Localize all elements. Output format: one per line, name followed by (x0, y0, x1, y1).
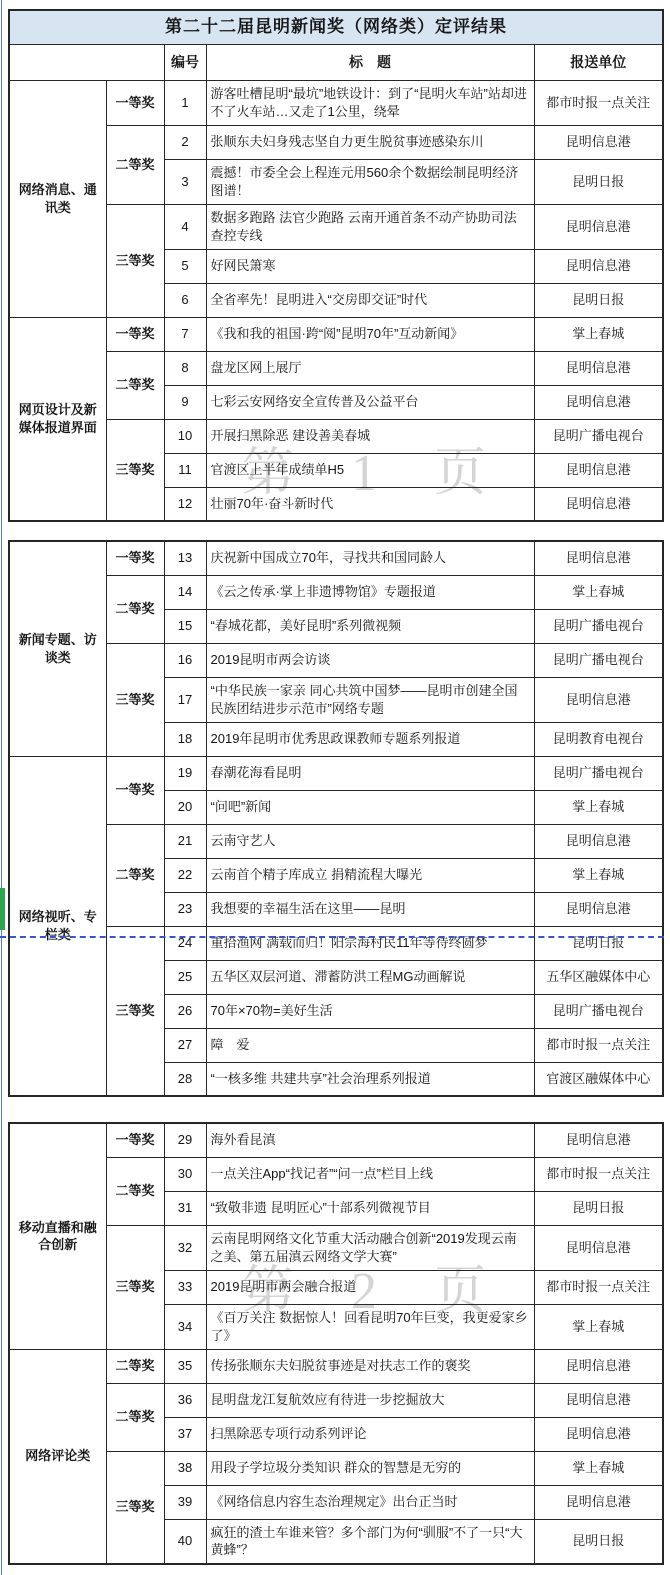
header-blank-cell (9, 44, 164, 80)
document-page: 第 1 页 第 2 页 第二十二届昆明新闻奖（网络类）定评结果编号标 题报送单位… (0, 0, 670, 1575)
award-level-cell: 二等奖 (106, 1383, 164, 1451)
entry-number: 3 (164, 159, 206, 204)
award-level-cell: 三等奖 (106, 926, 164, 1096)
table-row: 二等奖2张顺东夫妇身残志坚自力更生脱贫事迹感染东川昆明信息港 (9, 125, 663, 159)
entry-unit: 昆明广播电视台 (534, 643, 663, 677)
entry-number: 38 (164, 1451, 206, 1485)
entry-unit: 官渡区融媒体中心 (534, 1062, 663, 1096)
entry-number: 32 (164, 1225, 206, 1270)
table-block-2: 新闻专题、访谈类一等奖13庆祝新中国成立70年，寻找共和国同龄人昆明信息港二等奖… (8, 540, 662, 1097)
entry-title: 盘龙区网上展厅 (206, 351, 534, 385)
award-level-cell: 三等奖 (106, 1225, 164, 1349)
entry-title: 壮丽70年·奋斗新时代 (206, 487, 534, 521)
table-row: 二等奖21云南守艺人昆明信息港 (9, 824, 663, 858)
entry-number: 14 (164, 575, 206, 609)
entry-title: 一点关注App“找记者”“问一点”栏目上线 (206, 1157, 534, 1191)
entry-unit: 昆明信息港 (534, 677, 663, 722)
entry-title: 《云之传承·掌上非遗博物馆》专题报道 (206, 575, 534, 609)
results-table-b: 新闻专题、访谈类一等奖13庆祝新中国成立70年，寻找共和国同龄人昆明信息港二等奖… (8, 540, 664, 1097)
table-row: 网络消息、通讯类一等奖1游客吐槽昆明“最坑”地铁设计：到了“昆明火车站”站却进不… (9, 80, 663, 125)
entry-title: 好网民箫寒 (206, 249, 534, 283)
entry-unit: 昆明信息港 (534, 892, 663, 926)
award-level-cell: 二等奖 (106, 824, 164, 926)
award-level-cell: 二等奖 (106, 1157, 164, 1225)
page-break-dashed-line (0, 936, 664, 938)
award-level-cell: 三等奖 (106, 204, 164, 317)
entry-title: 五华区双层河道、滞蓄防洪工程MG动画解说 (206, 960, 534, 994)
entry-title: 障 爱 (206, 1028, 534, 1062)
entry-title: 用段子学垃圾分类知识 群众的智慧是无穷的 (206, 1451, 534, 1485)
entry-title: 传扬张顺东夫妇脱贫事迹是对扶志工作的褒奖 (206, 1349, 534, 1383)
entry-unit: 昆明信息港 (534, 125, 663, 159)
entry-number: 18 (164, 722, 206, 756)
entry-unit: 五华区融媒体中心 (534, 960, 663, 994)
entry-unit: 掌上春城 (534, 858, 663, 892)
entry-number: 17 (164, 677, 206, 722)
entry-unit: 昆明信息港 (534, 824, 663, 858)
entry-number: 19 (164, 756, 206, 790)
entry-title: 云南昆明网络文化节重大活动融合创新“2019发现云南之美、第五届滇云网络文学大赛… (206, 1225, 534, 1270)
entry-unit: 昆明信息港 (534, 385, 663, 419)
entry-number: 13 (164, 541, 206, 575)
table-row: 网页设计及新媒体报道界面一等奖7《我和我的祖国·跨“阅”昆明70年”互动新闻》掌… (9, 317, 663, 351)
entry-number: 4 (164, 204, 206, 249)
entry-number: 21 (164, 824, 206, 858)
entry-title: 庆祝新中国成立70年，寻找共和国同龄人 (206, 541, 534, 575)
entry-unit: 昆明广播电视台 (534, 756, 663, 790)
entry-unit: 昆明广播电视台 (534, 994, 663, 1028)
entry-title: “致敬非遗 昆明匠心”十部系列微视节目 (206, 1191, 534, 1225)
category-cell: 网络视听、专栏类 (9, 756, 106, 1096)
table-row: 二等奖36昆明盘龙江复航效应有待进一步挖掘放大昆明信息港 (9, 1383, 663, 1417)
entry-number: 2 (164, 125, 206, 159)
entry-title: 《百万关注 数据惊人！回看昆明70年巨变，我更爱家乡了》 (206, 1304, 534, 1349)
entry-title: 2019昆明市两会融合报道 (206, 1270, 534, 1304)
award-level-cell: 二等奖 (106, 125, 164, 204)
entry-number: 26 (164, 994, 206, 1028)
entry-unit: 昆明日报 (534, 926, 663, 960)
entry-number: 15 (164, 609, 206, 643)
entry-number: 9 (164, 385, 206, 419)
entry-title: 云南首个精子库成立 捐精流程大曝光 (206, 858, 534, 892)
entry-title: 2019昆明市两会访谈 (206, 643, 534, 677)
entry-title: “春城花都，美好昆明”系列微视频 (206, 609, 534, 643)
col-header-unit: 报送单位 (534, 44, 663, 80)
entry-number: 7 (164, 317, 206, 351)
entry-unit: 昆明日报 (534, 1519, 663, 1564)
entry-unit: 都市时报一点关注 (534, 1157, 663, 1191)
award-level-cell: 二等奖 (106, 575, 164, 643)
entry-title: 震撼！市委全会上程连元用560余个数据绘制昆明经济图谱！ (206, 159, 534, 204)
entry-unit: 掌上春城 (534, 575, 663, 609)
entry-unit: 都市时报一点关注 (534, 80, 663, 125)
col-header-title: 标 题 (206, 44, 534, 80)
entry-number: 37 (164, 1417, 206, 1451)
entry-title: “问吧”新闻 (206, 790, 534, 824)
category-cell: 网页设计及新媒体报道界面 (9, 317, 106, 521)
entry-title: 春潮花海看昆明 (206, 756, 534, 790)
entry-title: “中华民族一家亲 同心共筑中国梦——昆明市创建全国民族团结进步示范市”网络专题 (206, 677, 534, 722)
entry-unit: 昆明教育电视台 (534, 722, 663, 756)
entry-number: 10 (164, 419, 206, 453)
entry-number: 39 (164, 1485, 206, 1519)
entry-number: 34 (164, 1304, 206, 1349)
entry-number: 29 (164, 1123, 206, 1157)
results-table-c: 移动直播和融合创新一等奖29海外看昆滇昆明信息港二等奖30一点关注App“找记者… (8, 1122, 664, 1565)
entry-title: 数据多跑路 法官少跑路 云南开通首条不动产协助司法查控专线 (206, 204, 534, 249)
entry-title: 《网络信息内容生态治理规定》出台正当时 (206, 1485, 534, 1519)
table-block-3: 移动直播和融合创新一等奖29海外看昆滇昆明信息港二等奖30一点关注App“找记者… (8, 1122, 662, 1565)
table-row: 移动直播和融合创新一等奖29海外看昆滇昆明信息港 (9, 1123, 663, 1157)
entry-title: 疯狂的渣土车谁来管？多个部门为何“驯服”不了一只“大黄蜂”？ (206, 1519, 534, 1564)
entry-number: 1 (164, 80, 206, 125)
award-level-cell: 一等奖 (106, 80, 164, 125)
entry-unit: 昆明日报 (534, 1191, 663, 1225)
selection-marker (0, 888, 5, 930)
category-cell: 网络消息、通讯类 (9, 80, 106, 317)
entry-number: 23 (164, 892, 206, 926)
entry-unit: 昆明信息港 (534, 204, 663, 249)
table-row: 三等奖10开展扫黑除恶 建设善美春城昆明广播电视台 (9, 419, 663, 453)
award-level-cell: 二等奖 (106, 1349, 164, 1383)
entry-number: 25 (164, 960, 206, 994)
entry-number: 28 (164, 1062, 206, 1096)
entry-number: 11 (164, 453, 206, 487)
entry-unit: 掌上春城 (534, 1304, 663, 1349)
category-cell: 网络评论类 (9, 1349, 106, 1564)
entry-number: 22 (164, 858, 206, 892)
entry-unit: 昆明日报 (534, 283, 663, 317)
table-row: 新闻专题、访谈类一等奖13庆祝新中国成立70年，寻找共和国同龄人昆明信息港 (9, 541, 663, 575)
table-block-1: 第二十二届昆明新闻奖（网络类）定评结果编号标 题报送单位网络消息、通讯类一等奖1… (8, 9, 662, 522)
entry-number: 35 (164, 1349, 206, 1383)
entry-unit: 昆明信息港 (534, 1123, 663, 1157)
entry-number: 20 (164, 790, 206, 824)
entry-title: 七彩云安网络安全宣传普及公益平台 (206, 385, 534, 419)
table-row: 二等奖30一点关注App“找记者”“问一点”栏目上线都市时报一点关注 (9, 1157, 663, 1191)
table-row: 三等奖38用段子学垃圾分类知识 群众的智慧是无穷的掌上春城 (9, 1451, 663, 1485)
entry-unit: 昆明信息港 (534, 1485, 663, 1519)
entry-unit: 掌上春城 (534, 1451, 663, 1485)
entry-unit: 昆明信息港 (534, 453, 663, 487)
entry-title: 我想要的幸福生活在这里——昆明 (206, 892, 534, 926)
entry-unit: 昆明广播电视台 (534, 609, 663, 643)
entry-title: 开展扫黑除恶 建设善美春城 (206, 419, 534, 453)
entry-number: 27 (164, 1028, 206, 1062)
entry-title: 扫黑除恶专项行动系列评论 (206, 1417, 534, 1451)
entry-number: 31 (164, 1191, 206, 1225)
entry-unit: 昆明广播电视台 (534, 419, 663, 453)
entry-unit: 昆明信息港 (534, 1383, 663, 1417)
table-row: 三等奖32云南昆明网络文化节重大活动融合创新“2019发现云南之美、第五届滇云网… (9, 1225, 663, 1270)
table-row: 三等奖4数据多跑路 法官少跑路 云南开通首条不动产协助司法查控专线昆明信息港 (9, 204, 663, 249)
award-level-cell: 一等奖 (106, 1123, 164, 1157)
table-row: 网络评论类二等奖35传扬张顺东夫妇脱贫事迹是对扶志工作的褒奖昆明信息港 (9, 1349, 663, 1383)
entry-number: 8 (164, 351, 206, 385)
entry-number: 33 (164, 1270, 206, 1304)
entry-unit: 都市时报一点关注 (534, 1270, 663, 1304)
table-row: 二等奖14《云之传承·掌上非遗博物馆》专题报道掌上春城 (9, 575, 663, 609)
table-row: 三等奖24重拾渔网 满载而归！阳宗海村民11年等待终圆梦昆明日报 (9, 926, 663, 960)
entry-title: 昆明盘龙江复航效应有待进一步挖掘放大 (206, 1383, 534, 1417)
entry-number: 6 (164, 283, 206, 317)
entry-unit: 昆明信息港 (534, 249, 663, 283)
entry-unit: 昆明信息港 (534, 487, 663, 521)
category-cell: 移动直播和融合创新 (9, 1123, 106, 1349)
award-level-cell: 一等奖 (106, 317, 164, 351)
entry-unit: 都市时报一点关注 (534, 1028, 663, 1062)
entry-number: 5 (164, 249, 206, 283)
entry-unit: 昆明信息港 (534, 351, 663, 385)
entry-unit: 掌上春城 (534, 317, 663, 351)
entry-number: 40 (164, 1519, 206, 1564)
entry-title: 2019年昆明市优秀思政课教师专题系列报道 (206, 722, 534, 756)
award-level-cell: 一等奖 (106, 756, 164, 824)
category-cell: 新闻专题、访谈类 (9, 541, 106, 756)
entry-unit: 昆明信息港 (534, 1417, 663, 1451)
entry-title: “一核多维 共建共享”社会治理系列报道 (206, 1062, 534, 1096)
award-level-cell: 三等奖 (106, 1451, 164, 1564)
entry-title: 全省率先！昆明进入“交房即交证”时代 (206, 283, 534, 317)
entry-title: 官渡区上半年成绩单H5 (206, 453, 534, 487)
title-row: 第二十二届昆明新闻奖（网络类）定评结果 (9, 10, 663, 44)
entry-number: 30 (164, 1157, 206, 1191)
entry-title: 张顺东夫妇身残志坚自力更生脱贫事迹感染东川 (206, 125, 534, 159)
entry-unit: 昆明日报 (534, 159, 663, 204)
award-level-cell: 三等奖 (106, 419, 164, 521)
entry-unit: 昆明信息港 (534, 1225, 663, 1270)
column-header-row: 编号标 题报送单位 (9, 44, 663, 80)
entry-title: 70年×70物=美好生活 (206, 994, 534, 1028)
entry-number: 16 (164, 643, 206, 677)
entry-unit: 昆明信息港 (534, 1349, 663, 1383)
entry-number: 12 (164, 487, 206, 521)
award-level-cell: 二等奖 (106, 351, 164, 419)
entry-title: 海外看昆滇 (206, 1123, 534, 1157)
entry-title: 重拾渔网 满载而归！阳宗海村民11年等待终圆梦 (206, 926, 534, 960)
entry-number: 24 (164, 926, 206, 960)
entry-unit: 掌上春城 (534, 790, 663, 824)
results-table-a: 第二十二届昆明新闻奖（网络类）定评结果编号标 题报送单位网络消息、通讯类一等奖1… (8, 9, 664, 522)
entry-number: 36 (164, 1383, 206, 1417)
table-row: 三等奖162019昆明市两会访谈昆明广播电视台 (9, 643, 663, 677)
entry-title: 《我和我的祖国·跨“阅”昆明70年”互动新闻》 (206, 317, 534, 351)
entry-title: 游客吐槽昆明“最坑”地铁设计：到了“昆明火车站”站却进不了火车站…又走了1公里，… (206, 80, 534, 125)
page-edge-line (1, 0, 2, 1575)
table-row: 网络视听、专栏类一等奖19春潮花海看昆明昆明广播电视台 (9, 756, 663, 790)
entry-title: 云南守艺人 (206, 824, 534, 858)
page-title: 第二十二届昆明新闻奖（网络类）定评结果 (9, 10, 663, 44)
award-level-cell: 一等奖 (106, 541, 164, 575)
award-level-cell: 三等奖 (106, 643, 164, 756)
entry-unit: 昆明信息港 (534, 541, 663, 575)
table-row: 二等奖8盘龙区网上展厅昆明信息港 (9, 351, 663, 385)
col-header-number: 编号 (164, 44, 206, 80)
